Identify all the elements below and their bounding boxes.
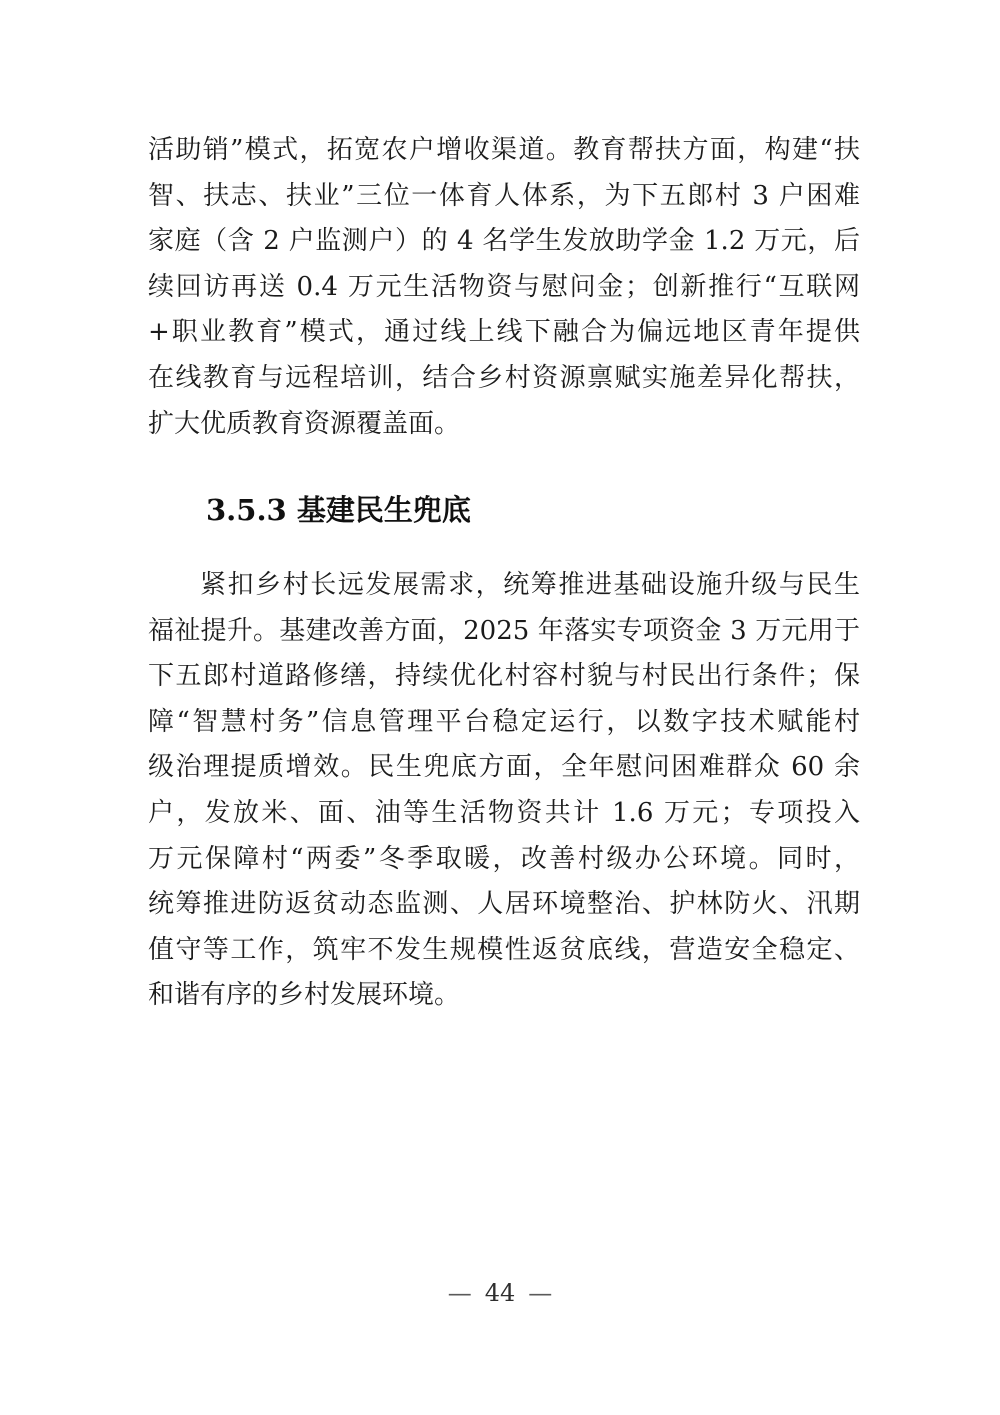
footer-dash-left: —	[448, 1279, 472, 1307]
body-line: 福祉提升。基建改善方面，2025 年落实专项资金 3 万元用于	[148, 609, 860, 655]
body-line: 和谐有序的乡村发展环境。	[148, 973, 860, 1019]
paragraph-education-support: 活助销”模式，拓宽农户增收渠道。教育帮扶方面，构建“扶 智、扶志、扶业”三位一体…	[148, 128, 860, 447]
footer-dash-right: —	[528, 1279, 552, 1307]
body-line: 万元保障村“两委”冬季取暖，改善村级办公环境。同时，	[148, 837, 860, 883]
body-line: 家庭（含 2 户监测户）的 4 名学生发放助学金 1.2 万元，后	[148, 219, 860, 265]
page-footer: —44—	[0, 1277, 1000, 1309]
body-line: 续回访再送 0.4 万元生活物资与慰问金；创新推行“互联网	[148, 265, 860, 311]
body-line: 级治理提质增效。民生兜底方面，全年慰问困难群众 60 余	[148, 745, 860, 791]
body-line: 障“智慧村务”信息管理平台稳定运行，以数字技术赋能村	[148, 700, 860, 746]
page-number: 44	[485, 1279, 516, 1307]
document-page: 活助销”模式，拓宽农户增收渠道。教育帮扶方面，构建“扶 智、扶志、扶业”三位一体…	[0, 0, 1000, 1415]
body-line: 活助销”模式，拓宽农户增收渠道。教育帮扶方面，构建“扶	[148, 128, 860, 174]
body-line: 扩大优质教育资源覆盖面。	[148, 402, 860, 448]
body-line: 在线教育与远程培训，结合乡村资源禀赋实施差异化帮扶，	[148, 356, 860, 402]
body-line: 智、扶志、扶业”三位一体育人体系，为下五郎村 3 户困难	[148, 174, 860, 220]
body-line: 下五郎村道路修缮，持续优化村容村貌与村民出行条件；保	[148, 654, 860, 700]
body-line: 值守等工作，筑牢不发生规模性返贫底线，营造安全稳定、	[148, 928, 860, 974]
body-line: +职业教育”模式，通过线上线下融合为偏远地区青年提供	[148, 310, 860, 356]
body-line: 紧扣乡村长远发展需求，统筹推进基础设施升级与民生	[148, 563, 860, 609]
section-heading: 3.5.3 基建民生兜底	[148, 487, 860, 533]
body-line: 统筹推进防返贫动态监测、人居环境整治、护林防火、汛期	[148, 882, 860, 928]
paragraph-infrastructure-livelihood: 紧扣乡村长远发展需求，统筹推进基础设施升级与民生 福祉提升。基建改善方面，202…	[148, 563, 860, 1019]
body-line: 户，发放米、面、油等生活物资共计 1.6 万元；专项投入 0.36	[148, 791, 860, 837]
